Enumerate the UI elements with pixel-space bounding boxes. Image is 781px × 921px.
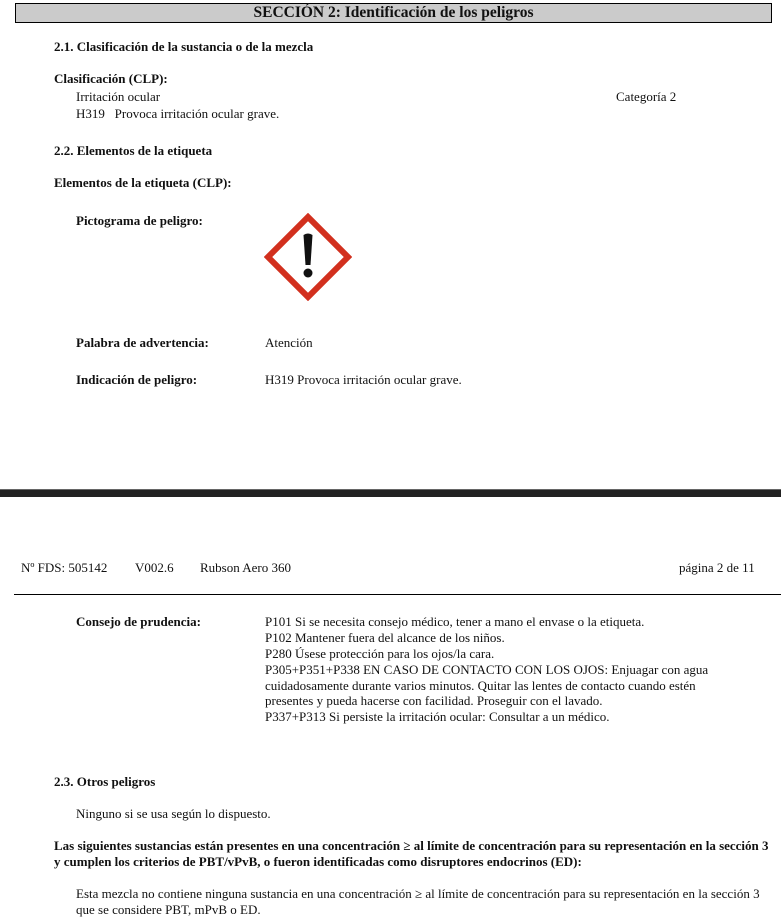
page-break [0,490,781,497]
precaution-label: Consejo de prudencia: [76,614,201,630]
precaution-line: P101 Si se necesita consejo médico, tene… [265,614,644,630]
h-text: Provoca irritación ocular grave. [115,106,280,121]
precaution-line: presentes y pueda hacerse con facilidad.… [265,693,603,709]
section-2-3-title: 2.3. Otros peligros [54,774,155,790]
pbt-heading: Las siguientes sustancias están presente… [54,838,769,869]
pbt-text: Esta mezcla no contiene ninguna sustanci… [76,886,766,917]
signal-word: Atención [265,335,313,351]
hazard-class: Irritación ocular [76,89,160,105]
section-2-1-title: 2.1. Clasificación de la sustancia o de … [54,39,313,55]
precaution-line: P102 Mantener fuera del alcance de los n… [265,630,505,646]
label-elements-clp-label: Elementos de la etiqueta (CLP): [54,175,232,191]
fds-number: Nº FDS: 505142 [21,560,107,576]
version: V002.6 [135,560,174,576]
page-number: página 2 de 11 [679,560,755,576]
precaution-line: P305+P351+P338 EN CASO DE CONTACTO CON L… [265,662,708,678]
header-rule [14,594,781,595]
hazard-statement-label: Indicación de peligro: [76,372,197,388]
hazard-statement: H319 Provoca irritación ocular grave. [265,372,462,388]
product-name: Rubson Aero 360 [200,560,291,576]
h-code: H319 [76,106,105,121]
classification-clp-label: Clasificación (CLP): [54,71,168,87]
precaution-line: P337+P313 Si persiste la irritación ocul… [265,709,610,725]
precaution-line: P280 Úsese protección para los ojos/la c… [265,646,494,662]
precaution-line: cuidadosamente durante varios minutos. Q… [265,678,696,694]
h-statement-row: H319 Provoca irritación ocular grave. [76,106,279,122]
section-header: SECCIÓN 2: Identificación de los peligro… [15,3,772,23]
pictogram-label: Pictograma de peligro: [76,213,203,229]
section-2-2-title: 2.2. Elementos de la etiqueta [54,143,212,159]
other-hazards-text: Ninguno si se usa según lo dispuesto. [76,806,271,822]
signal-word-label: Palabra de advertencia: [76,335,209,351]
ghs07-exclamation-mark-icon [264,213,352,301]
hazard-category: Categoría 2 [616,89,676,105]
